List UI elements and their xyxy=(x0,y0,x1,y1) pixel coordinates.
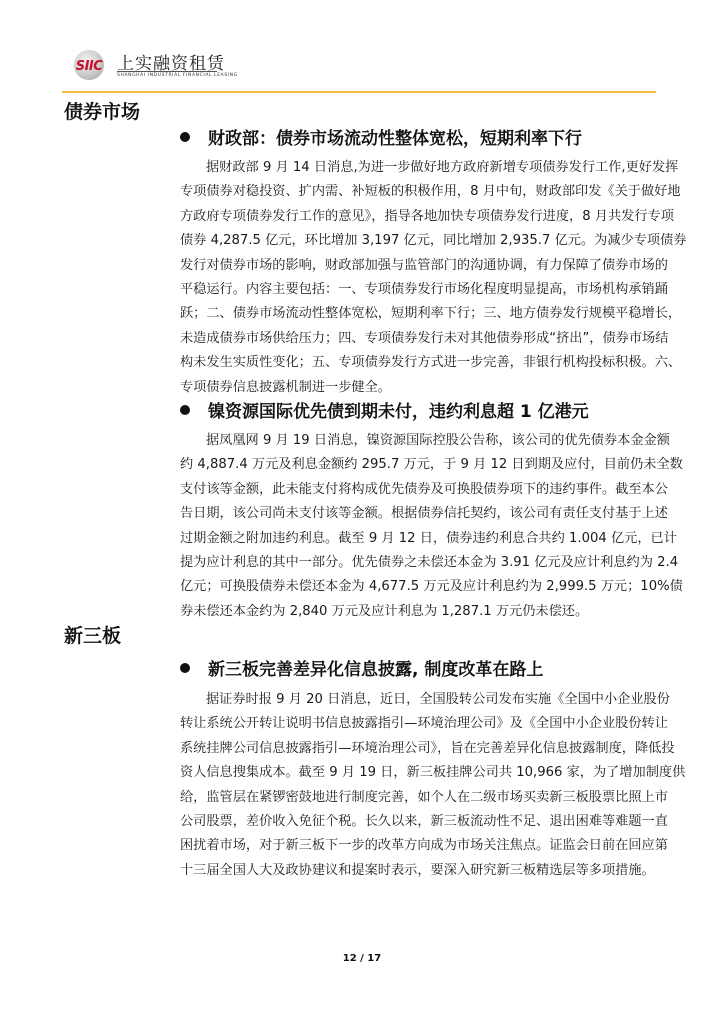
text-line: 困扰着市场，对于新三板下一步的改革方向成为市场关注焦点。证监会日前在回应第 xyxy=(180,834,656,858)
text-line: 方政府专项债券发行工作的意见》，指导各地加快专项债券发行进度，8 月共发行专项 xyxy=(180,205,656,229)
text-line: 系统挂牌公司信息披露指引—环境治理公司》，旨在完善差异化信息披露制度，降低投 xyxy=(180,737,656,761)
text-line: 支付该等金额，此未能支付将构成优先债券及可换股债券项下的违约事件。截至本公 xyxy=(180,478,656,502)
text-line: 十三届全国人大及政协建议和提案时表示，要深入研究新三板精选层等多项措施。 xyxy=(180,859,656,883)
text-line: 亿元；可换股债券未偿还本金为 4,677.5 万元及应计利息约为 2,999.5… xyxy=(180,575,656,599)
article-body: 据证券时报 9 月 20 日消息，近日，全国股转公司发布实施《全国中小企业股份 … xyxy=(180,688,656,883)
text-line: 未造成债券市场供给压力；四、专项债券发行未对其他债券形成“挤出”，债券市场结 xyxy=(180,327,656,351)
text-line: 过期金额之附加违约利息。截至 9 月 12 日，债券违约利息合共约 1.004 … xyxy=(180,527,656,551)
text-line: 券未偿还本金约为 2,840 万元及应计利息为 1,287.1 万元仍未偿还。 xyxy=(180,600,656,624)
text-line: 据凤凰网 9 月 19 日消息，镍资源国际控股公告称，该公司的优先债券本金金额 xyxy=(180,429,656,453)
text-line: 提为应计利息的其中一部分。优先债券之未偿还本金为 3.91 亿元及应计利息约为 … xyxy=(180,551,656,575)
text-line: 平稳运行。内容主要包括：一、专项债券发行市场化程度明显提高，市场机构承销踊 xyxy=(180,278,656,302)
text-line: 跃；二、债券市场流动性整体宽松，短期利率下行；三、地方债券发行规模平稳增长， xyxy=(180,302,656,326)
bullet-icon xyxy=(180,132,190,142)
company-name-en: SHANGHAI INDUSTRIAL FINANCIAL LEASING xyxy=(117,73,238,78)
article-heading: 财政部：债券市场流动性整体宽松，短期利率下行 xyxy=(180,124,582,149)
article-body: 据财政部 9 月 14 日消息,为进一步做好地方政府新增专项债券发行工作,更好发… xyxy=(180,156,656,400)
text-line: 告日期，该公司尚未支付该等金额。根据债券信托契约，该公司有责任支付基于上述 xyxy=(180,502,656,526)
text-line: 公司股票，差价收入免征个税。长久以来，新三板流动性不足、退出困难等难题一直 xyxy=(180,810,656,834)
text-line: 资人信息搜集成本。截至 9 月 19 日，新三板挂牌公司共 10,966 家，为… xyxy=(180,761,656,785)
bullet-icon xyxy=(180,663,190,673)
page-header: SIIC 上实融资租赁 SHANGHAI INDUSTRIAL FINANCIA… xyxy=(62,46,662,86)
page-number: 12 / 17 xyxy=(0,953,724,964)
text-line: 据财政部 9 月 14 日消息,为进一步做好地方政府新增专项债券发行工作,更好发… xyxy=(180,156,656,180)
text-line: 债券 4,287.5 亿元，环比增加 3,197 亿元，同比增加 2,935.7… xyxy=(180,229,656,253)
article-body: 据凤凰网 9 月 19 日消息，镍资源国际控股公告称，该公司的优先债券本金金额 … xyxy=(180,429,656,624)
text-line: 转让系统公开转让说明书信息披露指引—环境治理公司》及《全国中小企业股份转让 xyxy=(180,712,656,736)
section-title-new-third-board: 新三板 xyxy=(64,621,121,648)
article-heading-text: 新三板完善差异化信息披露, 制度改革在路上 xyxy=(208,660,543,680)
article-heading: 镍资源国际优先债到期未付，违约利息超 1 亿港元 xyxy=(180,397,589,422)
text-line: 据证券时报 9 月 20 日消息，近日，全国股转公司发布实施《全国中小企业股份 xyxy=(180,688,656,712)
text-line: 约 4,887.4 万元及利息金额约 295.7 万元，于 9 月 12 日到期… xyxy=(180,453,656,477)
header-divider xyxy=(62,91,656,93)
article-heading-text: 镍资源国际优先债到期未付，违约利息超 1 亿港元 xyxy=(208,402,589,422)
company-logo: SIIC xyxy=(66,50,112,80)
text-line: 构未发生实质性变化；五、专项债券发行方式进一步完善，非银行机构投标积极。六、 xyxy=(180,351,656,375)
text-line: 专项债券对稳投资、扩内需、补短板的积极作用，8 月中旬，财政部印发《关于做好地 xyxy=(180,180,656,204)
text-line: 给，监管层在紧锣密鼓地进行制度完善，如个人在二级市场买卖新三板股票比照上市 xyxy=(180,786,656,810)
section-title-bond-market: 债券市场 xyxy=(64,97,140,124)
article-heading: 新三板完善差异化信息披露, 制度改革在路上 xyxy=(180,655,543,680)
bullet-icon xyxy=(180,405,190,415)
company-name-underline xyxy=(117,71,217,72)
article-heading-text: 财政部：债券市场流动性整体宽松，短期利率下行 xyxy=(208,129,582,149)
logo-mark-text: SIIC xyxy=(66,59,112,74)
text-line: 发行对债券市场的影响，财政部加强与监管部门的沟通协调，有力保障了债券市场的 xyxy=(180,254,656,278)
